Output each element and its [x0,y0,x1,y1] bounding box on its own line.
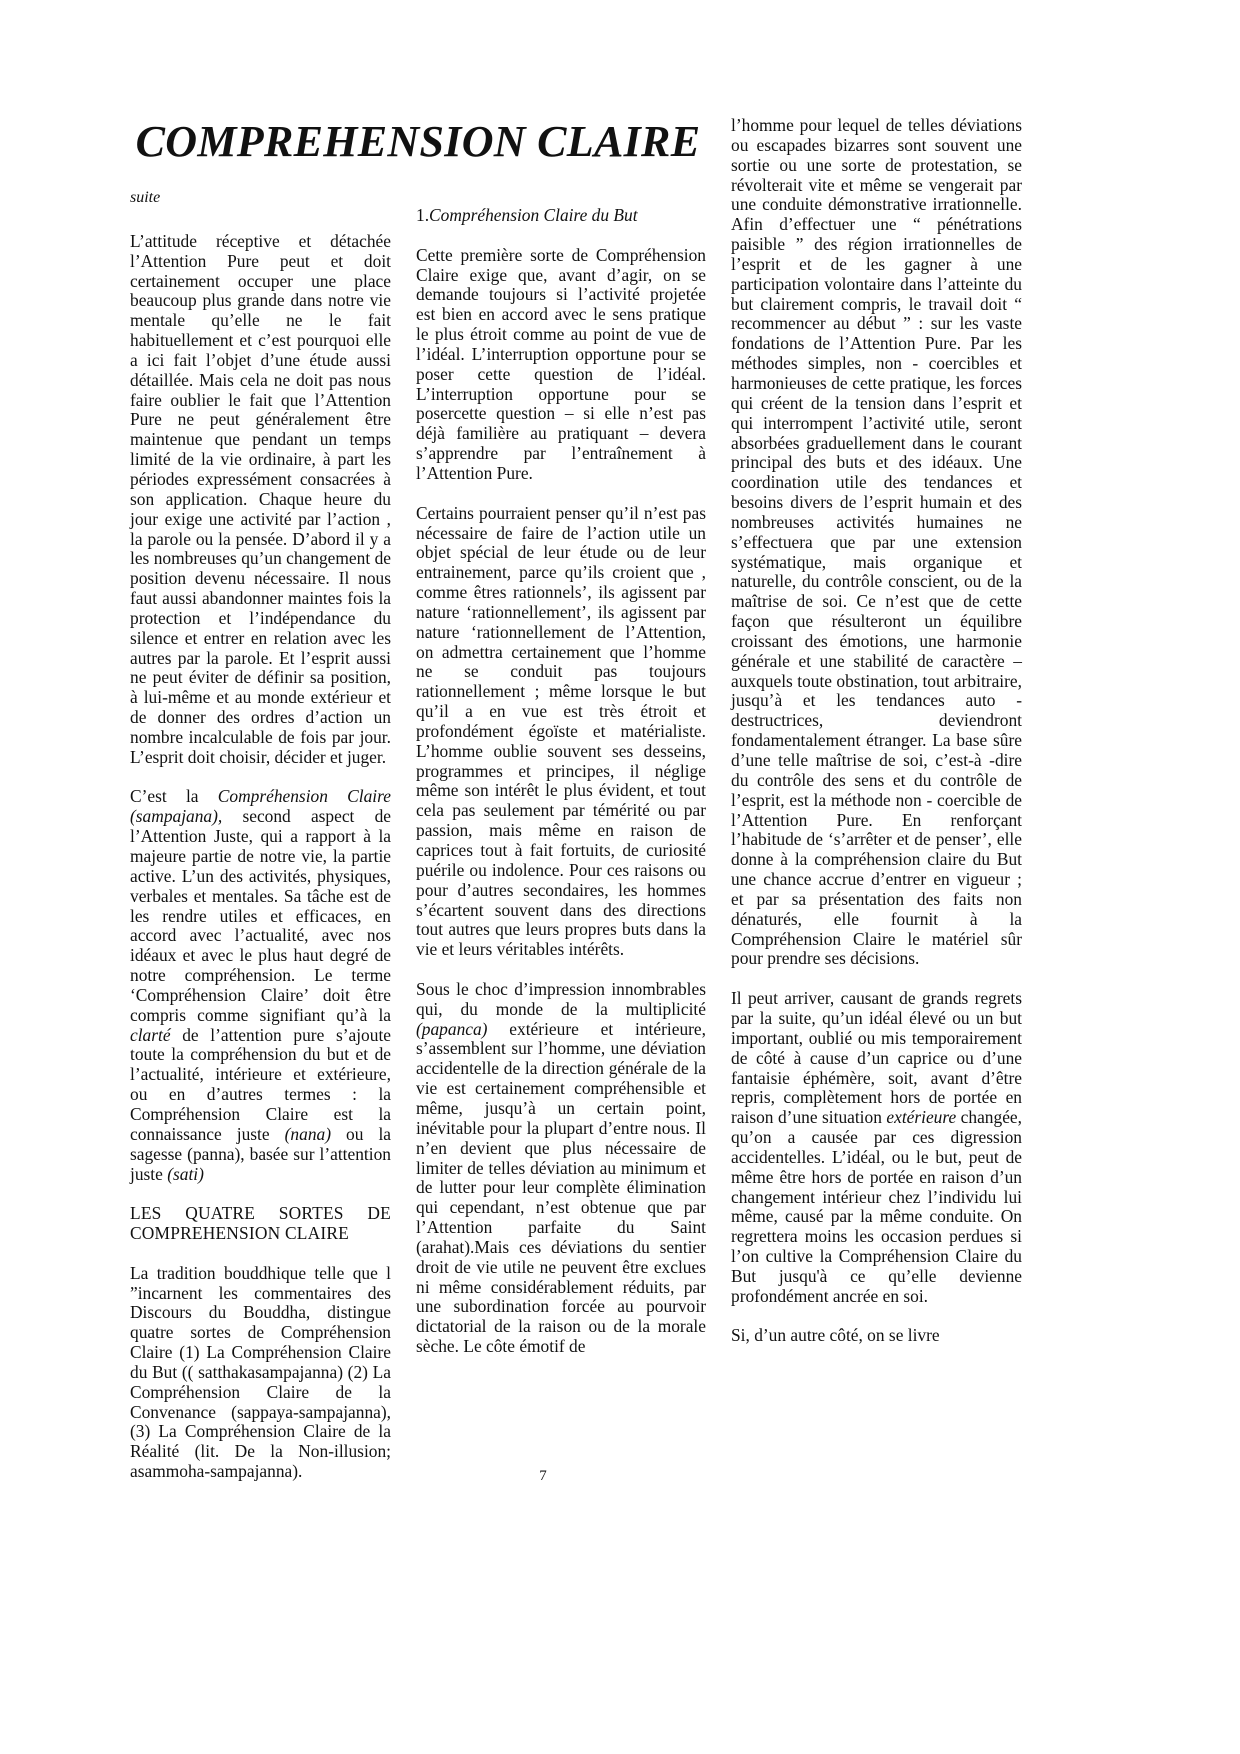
text-run: C’est la [130,786,218,806]
document-title: COMPREHENSION CLAIRE [130,116,706,167]
italic-term: (papanca) [416,1019,487,1039]
subsection-heading: 1.Compréhension Claire du But [416,206,706,226]
paragraph: l’homme pour lequel de telles déviations… [731,116,1022,969]
section-heading: LES QUATRE SORTES DE COMPREHENSION CLAIR… [130,1204,391,1244]
paragraph: L’attitude réceptive et détachée l’Atten… [130,232,391,768]
column-1: suite L’attitude réceptive et détachée l… [130,188,391,1482]
italic-term: (nana) [285,1124,331,1144]
paragraph: Certains pourraient penser qu’il n’est p… [416,504,706,960]
paragraph: Il peut arriver, causant de grands regre… [731,989,1022,1307]
italic-term: (sati) [167,1164,204,1184]
page-number: 7 [0,1468,1086,1485]
text-run: extérieure et intérieure, s’assemblent s… [416,1019,706,1357]
text-run: Sous le choc d’impression innombrables q… [416,979,706,1019]
heading-number: 1. [416,205,429,225]
heading-text: Compréhension Claire du But [429,205,638,225]
subtitle-suite: suite [130,188,391,208]
column-2: 1.Compréhension Claire du But Cette prem… [416,206,706,1357]
italic-term: extérieure [886,1107,956,1127]
paragraph: Si, d’un autre côté, on se livre [731,1326,1022,1346]
paragraph: Sous le choc d’impression innombrables q… [416,980,706,1357]
text-run: second aspect de l’Attention Juste, qui … [130,806,391,1024]
paragraph: C’est la Compréhension Claire (sampajana… [130,787,391,1184]
text-run: changée, qu’on a causée par ces digressi… [731,1107,1022,1306]
italic-term: clarté [130,1025,171,1045]
column-3: l’homme pour lequel de telles déviations… [731,116,1022,1346]
paragraph: Cette première sorte de Compréhension Cl… [416,246,706,484]
paragraph: La tradition bouddhique telle que l ”inc… [130,1264,391,1482]
